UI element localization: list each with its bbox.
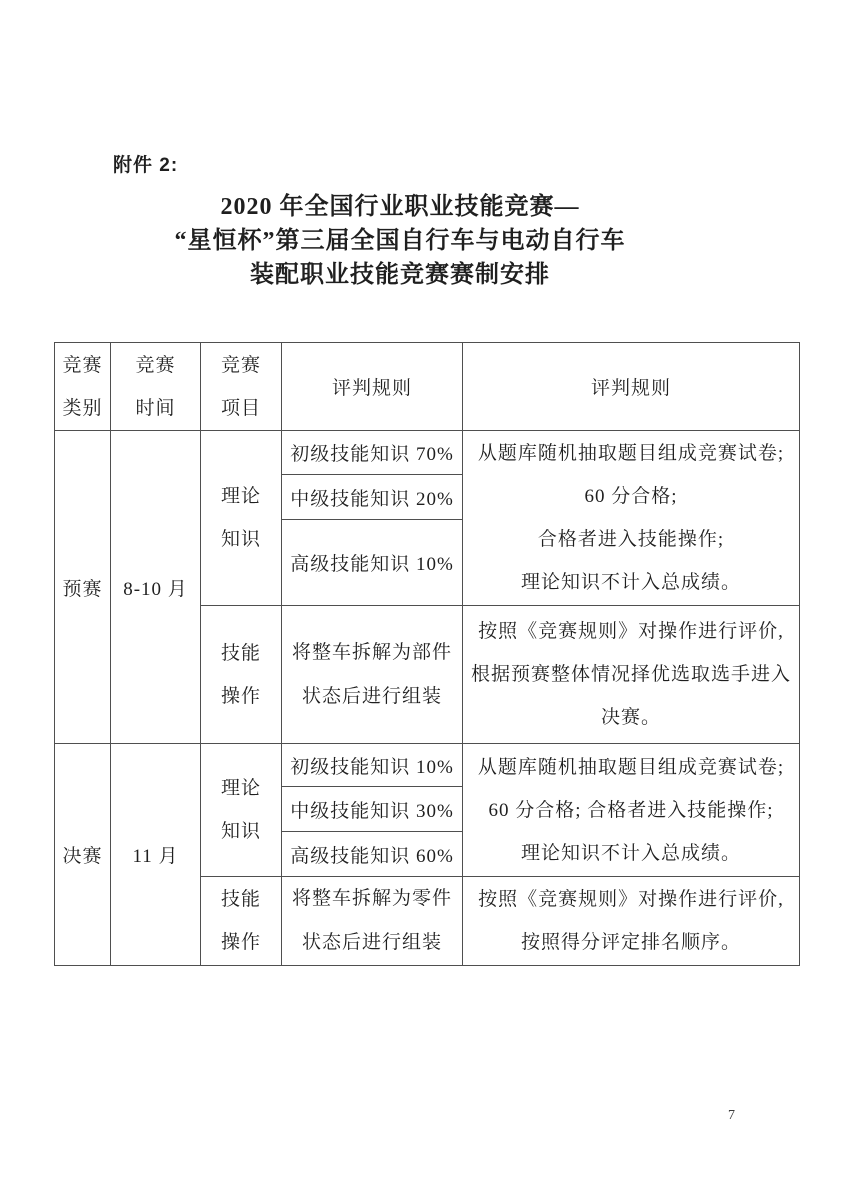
rule-line: 从题库随机抽取题目组成竞赛试卷; bbox=[463, 746, 799, 789]
theory-line1: 理论 bbox=[201, 475, 281, 518]
cell-final-theory-item-3: 高级技能知识 60% bbox=[282, 832, 463, 877]
attachment-label: 附件 2: bbox=[113, 150, 178, 177]
cell-preliminary-theory-item-3: 高级技能知识 10% bbox=[282, 520, 463, 606]
rule-line: 按照《竞赛规则》对操作进行评价, bbox=[463, 878, 799, 921]
cell-preliminary-category: 预赛 bbox=[55, 431, 111, 744]
header-rule-2: 评判规则 bbox=[463, 343, 800, 431]
header-category-line1: 竞赛 bbox=[55, 344, 110, 387]
skill-line2: 操作 bbox=[201, 921, 281, 964]
theory-line2: 知识 bbox=[201, 518, 281, 561]
document-title: 2020 年全国行业职业技能竞赛— “星恒杯”第三届全国自行车与电动自行车 装配… bbox=[0, 190, 800, 292]
cell-final-category: 决赛 bbox=[55, 744, 111, 966]
theory-line2: 知识 bbox=[201, 810, 281, 853]
document-title-line-2: “星恒杯”第三届全国自行车与电动自行车 bbox=[0, 224, 800, 258]
cell-final-theory-item-1: 初级技能知识 10% bbox=[282, 744, 463, 787]
theory-line1: 理论 bbox=[201, 767, 281, 810]
cell-preliminary-theory-project: 理论 知识 bbox=[201, 431, 282, 606]
rule-line: 根据预赛整体情况择优选取选手进入 bbox=[463, 653, 799, 696]
rule-line: 60 分合格; 合格者进入技能操作; bbox=[463, 789, 799, 832]
task-line2: 状态后进行组装 bbox=[282, 675, 462, 719]
cell-final-theory-project: 理论 知识 bbox=[201, 744, 282, 877]
header-time-line1: 竞赛 bbox=[111, 344, 200, 387]
header-category: 竞赛 类别 bbox=[55, 343, 111, 431]
cell-final-time: 11 月 bbox=[111, 744, 201, 966]
cell-final-skill-project: 技能 操作 bbox=[201, 877, 282, 966]
cell-preliminary-theory-item-2: 中级技能知识 20% bbox=[282, 475, 463, 520]
document-title-line-1: 2020 年全国行业职业技能竞赛— bbox=[0, 190, 800, 224]
table-row: 决赛 11 月 理论 知识 初级技能知识 10% 从题库随机抽取题目组成竞赛试卷… bbox=[55, 744, 800, 787]
cell-preliminary-skill-project: 技能 操作 bbox=[201, 606, 282, 744]
cell-final-theory-item-2: 中级技能知识 30% bbox=[282, 787, 463, 832]
cell-final-theory-rules: 从题库随机抽取题目组成竞赛试卷; 60 分合格; 合格者进入技能操作; 理论知识… bbox=[463, 744, 800, 877]
skill-line1: 技能 bbox=[201, 632, 281, 675]
header-project-line2: 项目 bbox=[201, 387, 281, 430]
task-line1: 将整车拆解为零件 bbox=[282, 877, 462, 921]
rule-line: 从题库随机抽取题目组成竞赛试卷; bbox=[463, 432, 799, 475]
header-project-line1: 竞赛 bbox=[201, 344, 281, 387]
skill-line1: 技能 bbox=[201, 878, 281, 921]
rule-line: 按照《竞赛规则》对操作进行评价, bbox=[463, 610, 799, 653]
competition-schedule-table: 竞赛 类别 竞赛 时间 竞赛 项目 评判规则 评判规则 预赛 8-10 月 理论… bbox=[54, 342, 800, 966]
cell-final-skill-task: 将整车拆解为零件 状态后进行组装 bbox=[282, 877, 463, 966]
rule-line: 决赛。 bbox=[463, 696, 799, 739]
header-rule-1: 评判规则 bbox=[282, 343, 463, 431]
skill-line2: 操作 bbox=[201, 675, 281, 718]
rule-line: 合格者进入技能操作; bbox=[463, 518, 799, 561]
cell-preliminary-theory-rules: 从题库随机抽取题目组成竞赛试卷; 60 分合格; 合格者进入技能操作; 理论知识… bbox=[463, 431, 800, 606]
cell-final-skill-rules: 按照《竞赛规则》对操作进行评价, 按照得分评定排名顺序。 bbox=[463, 877, 800, 966]
header-time: 竞赛 时间 bbox=[111, 343, 201, 431]
header-category-line2: 类别 bbox=[55, 387, 110, 430]
task-line2: 状态后进行组装 bbox=[282, 921, 462, 965]
table-header-row: 竞赛 类别 竞赛 时间 竞赛 项目 评判规则 评判规则 bbox=[55, 343, 800, 431]
page-number: 7 bbox=[728, 1108, 735, 1124]
cell-preliminary-skill-rules: 按照《竞赛规则》对操作进行评价, 根据预赛整体情况择优选取选手进入 决赛。 bbox=[463, 606, 800, 744]
cell-preliminary-time: 8-10 月 bbox=[111, 431, 201, 744]
table-row: 预赛 8-10 月 理论 知识 初级技能知识 70% 从题库随机抽取题目组成竞赛… bbox=[55, 431, 800, 475]
document-title-line-3: 装配职业技能竞赛赛制安排 bbox=[0, 258, 800, 292]
header-time-line2: 时间 bbox=[111, 387, 200, 430]
cell-preliminary-theory-item-1: 初级技能知识 70% bbox=[282, 431, 463, 475]
cell-preliminary-skill-task: 将整车拆解为部件 状态后进行组装 bbox=[282, 606, 463, 744]
task-line1: 将整车拆解为部件 bbox=[282, 631, 462, 675]
rule-line: 按照得分评定排名顺序。 bbox=[463, 921, 799, 964]
header-project: 竞赛 项目 bbox=[201, 343, 282, 431]
rule-line: 60 分合格; bbox=[463, 475, 799, 518]
rule-line: 理论知识不计入总成绩。 bbox=[463, 561, 799, 604]
rule-line: 理论知识不计入总成绩。 bbox=[463, 832, 799, 875]
